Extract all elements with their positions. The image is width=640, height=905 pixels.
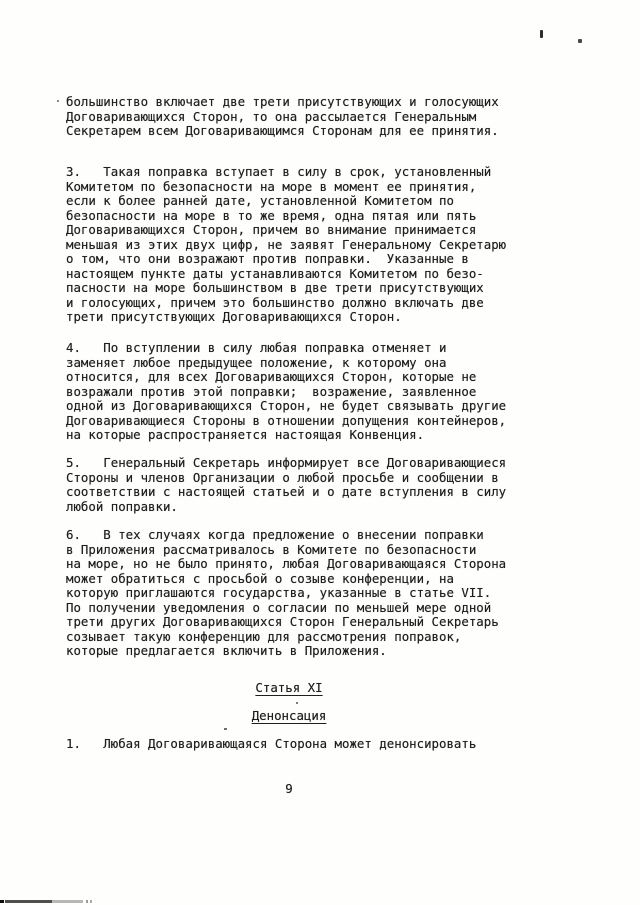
text-line: Договаривающихся Сторон, то она рассылае… [66,110,512,125]
scan-speck [224,728,227,730]
scan-edge-artifact [0,900,95,904]
scan-edge-segment [0,900,4,903]
text-line: если к более ранней дате, установленной … [66,194,512,209]
scanned-page: большинство включает две трети присутств… [0,0,640,905]
text-line: Секретарем всем Договаривающимся Сторона… [66,124,512,139]
scan-speck [540,30,543,38]
text-line: может обратиться с просьбой о созыве кон… [66,572,512,587]
text-line: созывает такую конференцию для рассмотре… [66,630,512,645]
text-line: 4. По вступлении в силу любая поправка о… [66,341,512,356]
text-line: Комитетом по безопасности на море в моме… [66,180,512,195]
text-line: одной из Договаривающихся Сторон, не буд… [66,399,512,414]
paragraph-4: 4. По вступлении в силу любая поправка о… [66,341,512,443]
text-line: соответствии с настоящей статьей и о дат… [66,485,512,500]
section-heading-text: Денонсация [252,708,327,723]
scan-speck [578,39,582,43]
article-heading-text: Статья XI [255,680,322,695]
paragraph-continuation: большинство включает две трети присутств… [66,95,512,139]
text-line: 3. Такая поправка вступает в силу в срок… [66,165,512,180]
text-line: в Приложения рассматривалось в Комитете … [66,543,512,558]
text-line: 5. Генеральный Секретарь информирует все… [66,456,512,471]
scan-speck [57,100,59,102]
text-line: которую приглашаются государства, указан… [66,586,512,601]
text-line: Стороны и членов Организации о любой про… [66,471,512,486]
scan-edge-segment [86,900,88,903]
text-line: заменяет любое предыдущее положение, к к… [66,356,512,371]
text-line: безопасности на море в то же время, одна… [66,209,512,224]
text-line: любой поправки. [66,500,512,515]
text-line: относится, для всех Договаривающихся Сто… [66,370,512,385]
text-line: которые предлагается включить в Приложен… [66,644,512,659]
paragraph-1: 1. Любая Договаривающаяся Сторона может … [66,737,512,752]
text-line: на которые распространяется настоящая Ко… [66,428,512,443]
text-line: пасности на море большинством в две трет… [66,281,512,296]
text-line: и голосующих, причем это большинство дол… [66,296,512,311]
scan-edge-segment [52,900,83,903]
scan-edge-segment [90,900,92,903]
paragraph-5: 5. Генеральный Секретарь информирует все… [66,456,512,514]
text-line: на море, но не было принято, любая Догов… [66,557,512,572]
text-line: трети других Договаривающихся Сторон Ген… [66,615,512,630]
text-line: возражали против этой поправки; возражен… [66,385,512,400]
paragraph-6: 6. В тех случаях когда предложение о вне… [66,528,512,659]
text-line: трети присутствующих Договаривающихся Ст… [66,310,512,325]
text-line: меньшая из этих двух цифр, не заявят Ген… [66,238,512,253]
text-line: Договаривающихся Сторон, причем во внима… [66,223,512,238]
text-line: Договаривающиеся Стороны в отношении доп… [66,414,512,429]
text-line: о том, что они возражают против поправки… [66,252,512,267]
text-line: 1. Любая Договаривающаяся Сторона может … [66,737,512,752]
text-line: большинство включает две трети присутств… [66,95,512,110]
article-heading: Статья XI [66,681,512,696]
page-number: 9 [66,782,512,797]
scan-speck [296,702,298,704]
text-line: настоящем пункте даты устанавливаются Ко… [66,267,512,282]
section-heading: Денонсация [66,709,512,724]
scan-edge-segment [5,900,52,903]
paragraph-3: 3. Такая поправка вступает в силу в срок… [66,165,512,325]
text-line: 6. В тех случаях когда предложение о вне… [66,528,512,543]
text-line: По получении уведомления о согласии по м… [66,601,512,616]
